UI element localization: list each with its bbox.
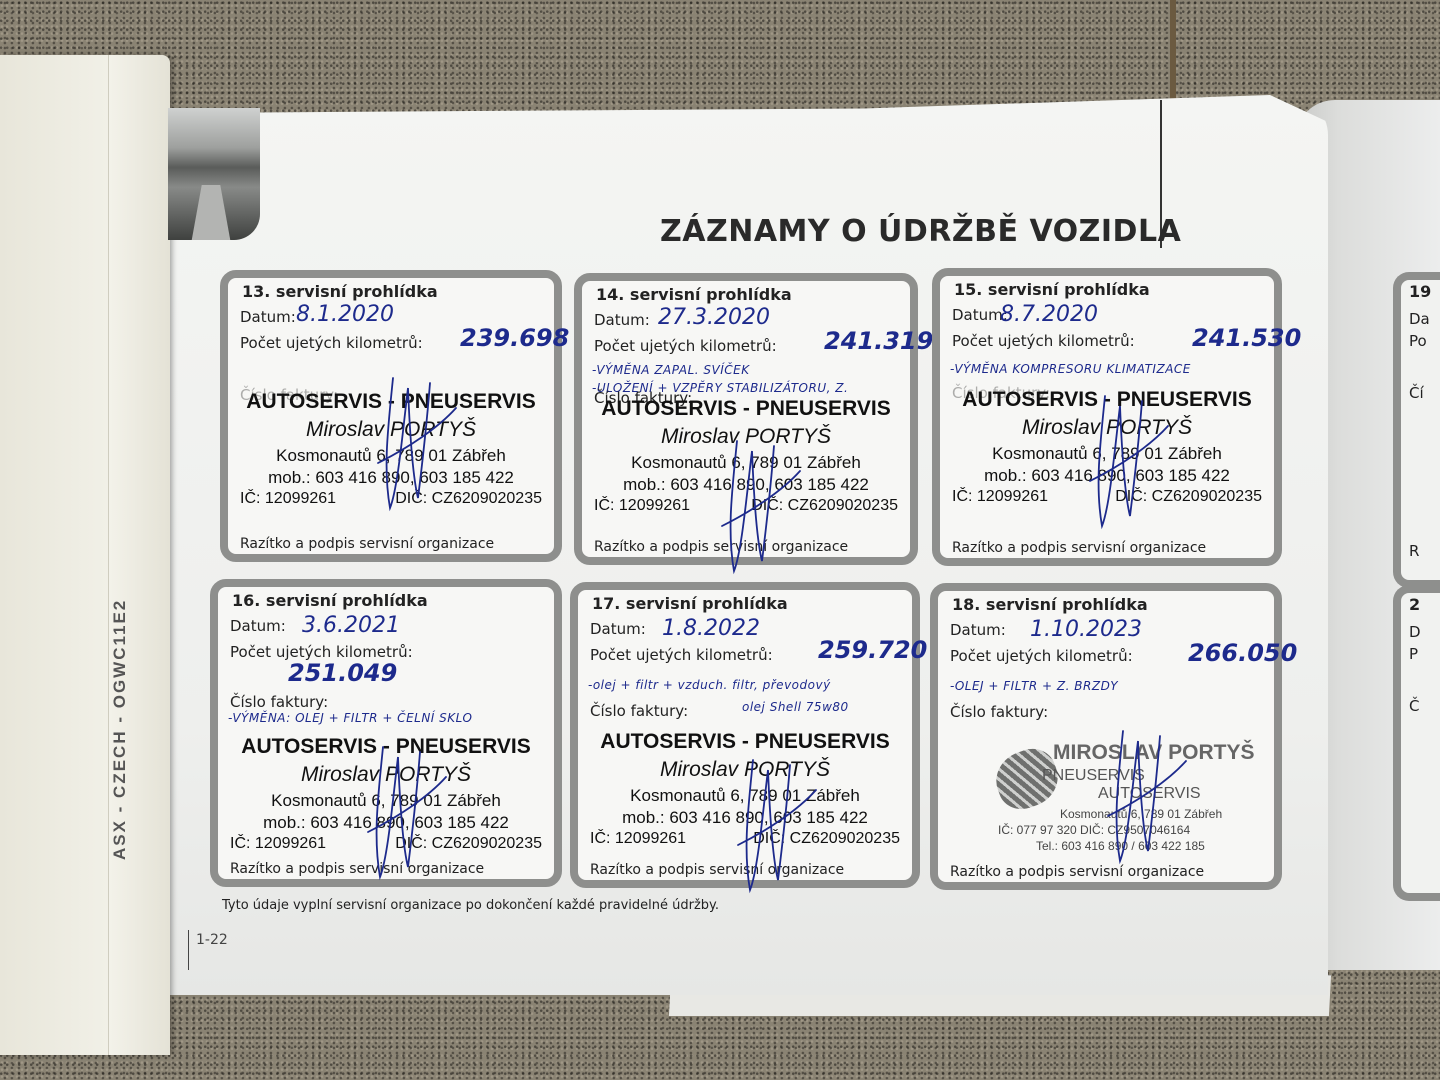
date-value: 8.1.2020: [296, 302, 394, 327]
service-note: -VÝMĚNA: OLEJ + FILTR + ČELNÍ SKLO: [228, 711, 472, 725]
footer-label: Razítko a podpis servisní organizace: [950, 864, 1204, 880]
km-value: 241.319: [824, 327, 933, 355]
record-title: 2: [1409, 595, 1420, 614]
date-value: 1.8.2022: [662, 616, 760, 641]
floor-tile-seam: [1170, 0, 1176, 110]
date-label: Datum:: [240, 308, 296, 326]
service-record-15: 15. servisní prohlídka Datum: Počet ujet…: [932, 268, 1282, 566]
footer-label: Razítko a podpis servisní organizace: [590, 862, 844, 878]
stamp-owner: Miroslav PORTYŠ: [940, 416, 1274, 440]
stamp-dic: DIČ: CZ6209020235: [751, 497, 898, 515]
service-note: -VÝMĚNA KOMPRESORU KLIMATIZACE: [950, 362, 1191, 376]
record-title: 18. servisní prohlídka: [952, 595, 1148, 614]
stamp-phone: mob.: 603 416 890, 603 185 422: [582, 475, 910, 495]
spine-label: ASX - CZECH - OGWC11E2: [110, 599, 130, 860]
stamp-phone: mob.: 603 416 890, 603 185 422: [218, 813, 554, 833]
footer-label: Razítko a podpis servisní organizace: [952, 540, 1206, 556]
km-value: 251.049: [288, 659, 397, 687]
footer-label: R: [1409, 542, 1419, 560]
km-label: Počet ujetých kilometrů:: [590, 646, 773, 664]
footer-label: Razítko a podpis servisní organizace: [230, 861, 484, 877]
record-20-partial: 2 D P Č: [1393, 585, 1440, 901]
footer-label: Razítko a podpis servisní organizace: [240, 536, 494, 552]
stamp-company: AUTOSERVIS - PNEUSERVIS: [578, 730, 912, 754]
date-value: 3.6.2021: [302, 613, 400, 638]
km-label: Po: [1409, 332, 1427, 350]
stamp-dic: DIČ: CZ6209020235: [395, 490, 542, 508]
km-label: Počet ujetých kilometrů:: [594, 337, 777, 355]
record-title: 15. servisní prohlídka: [954, 280, 1150, 299]
page-number-rule: [188, 930, 189, 970]
invoice-label: Čí: [1409, 384, 1424, 402]
service-stamp: AUTOSERVIS - PNEUSERVIS Miroslav PORTYŠ …: [218, 735, 554, 853]
stamp-owner: Miroslav PORTYŠ: [228, 418, 554, 442]
service-note: -olej + filtr + vzduch. filtr, převodový: [588, 678, 831, 692]
record-title: 16. servisní prohlídka: [232, 591, 428, 610]
stamp-dic: DIČ: CZ6209020235: [753, 830, 900, 848]
date-label: Datum:: [594, 311, 650, 329]
road-photo: [168, 108, 260, 240]
record-title: 19: [1409, 282, 1431, 301]
date-value: 8.7.2020: [1000, 302, 1098, 327]
stamp-company: AUTOSERVIS - PNEUSERVIS: [940, 388, 1274, 412]
stamp-company: AUTOSERVIS - PNEUSERVIS: [228, 390, 554, 414]
record-19-partial: 19 Da Po Čí R: [1393, 272, 1440, 588]
invoice-label: Číslo faktury:: [230, 693, 328, 711]
service-note: -OLEJ + FILTR + Z. BRZDY: [950, 679, 1118, 693]
km-value: 266.050: [1188, 639, 1297, 667]
stamp-ic: IČ: 12099261: [230, 835, 326, 853]
date-label: Datum:: [230, 617, 286, 635]
footnote: Tyto údaje vyplní servisní organizace po…: [222, 898, 719, 913]
stamp-owner: Miroslav PORTYŠ: [582, 425, 910, 449]
stamp-ic: IČ: 12099261: [240, 490, 336, 508]
service-stamp: AUTOSERVIS - PNEUSERVIS Miroslav PORTYŠ …: [578, 730, 912, 848]
stamp-ic: IČ: 12099261: [952, 488, 1048, 506]
service-record-13: 13. servisní prohlídka Datum: Počet ujet…: [220, 270, 562, 562]
stamp-phone: mob.: 603 416 890, 603 185 422: [578, 808, 912, 828]
stamp-address: Kosmonautů 6, 789 01 Zábřeh: [1060, 807, 1222, 821]
date-value: 1.10.2023: [1030, 617, 1142, 642]
km-label: Počet ujetých kilometrů:: [952, 332, 1135, 350]
km-label: Počet ujetých kilometrů:: [240, 334, 423, 352]
service-note: olej Shell 75w80: [742, 700, 849, 714]
date-label: D: [1409, 623, 1421, 641]
stamp-ids: IČ: 077 97 320 DIČ: CZ9507046164: [998, 823, 1190, 837]
service-stamp: AUTOSERVIS - PNEUSERVIS Miroslav PORTYŠ …: [940, 388, 1274, 506]
service-record-17: 17. servisní prohlídka Datum: Počet ujet…: [570, 582, 920, 888]
stamp-sub: PNEUSERVIS: [1042, 767, 1145, 785]
page-number: 1-22: [196, 932, 228, 948]
stamp-company: AUTOSERVIS - PNEUSERVIS: [582, 397, 910, 421]
record-title: 13. servisní prohlídka: [242, 282, 438, 301]
km-label: P: [1409, 645, 1418, 663]
service-stamp: AUTOSERVIS - PNEUSERVIS Miroslav PORTYŠ …: [228, 390, 554, 508]
service-stamp: AUTOSERVIS - PNEUSERVIS Miroslav PORTYŠ …: [582, 397, 910, 515]
book-cover: [0, 55, 109, 1055]
km-value: 259.720: [818, 636, 927, 664]
km-value: 241.530: [1192, 324, 1301, 352]
stamp-address: Kosmonautů 6, 789 01 Zábřeh: [582, 453, 910, 473]
stamp-owner: Miroslav PORTYŠ: [218, 763, 554, 787]
service-record-14: 14. servisní prohlídka Datum: Počet ujet…: [574, 273, 918, 565]
record-title: 17. servisní prohlídka: [592, 594, 788, 613]
stamp-dic: DIČ: CZ6209020235: [1115, 488, 1262, 506]
stamp-phone: mob.: 603 416 890, 603 185 422: [940, 466, 1274, 486]
stamp-owner: Miroslav PORTYŠ: [578, 758, 912, 782]
stamp-address: Kosmonautů 6, 789 01 Zábřeh: [940, 444, 1274, 464]
service-stamp-new: MIROSLAV PORTYŠ PNEUSERVIS AUTOSERVIS Ko…: [998, 741, 1268, 861]
record-title: 14. servisní prohlídka: [596, 285, 792, 304]
invoice-label: Číslo faktury:: [950, 703, 1048, 721]
stamp-phone: Tel.: 603 416 890 / 603 422 185: [1036, 839, 1205, 853]
stamp-phone: mob.: 603 416 890, 603 185 422: [228, 468, 554, 488]
footer-label: Razítko a podpis servisní organizace: [594, 539, 848, 555]
service-note: -VÝMĚNA ZAPAL. SVÍČEK: [592, 363, 750, 377]
service-record-18: 18. servisní prohlídka Datum: Počet ujet…: [930, 583, 1282, 890]
stamp-ic: IČ: 12099261: [590, 830, 686, 848]
page-title: ZÁZNAMY O ÚDRŽBĚ VOZIDLA: [660, 214, 1181, 249]
service-record-16: 16. servisní prohlídka Datum: Počet ujet…: [210, 579, 562, 887]
stamp-dic: DIČ: CZ6209020235: [395, 835, 542, 853]
date-value: 27.3.2020: [658, 305, 770, 330]
stamp-company: AUTOSERVIS - PNEUSERVIS: [218, 735, 554, 759]
km-label: Počet ujetých kilometrů:: [950, 647, 1133, 665]
date-label: Datum:: [950, 621, 1006, 639]
invoice-label: Č: [1409, 697, 1419, 715]
stamp-ic: IČ: 12099261: [594, 497, 690, 515]
stamp-address: Kosmonautů 6, 789 01 Zábřeh: [218, 791, 554, 811]
stamp-address: Kosmonautů 6, 789 01 Zábřeh: [578, 786, 912, 806]
date-label: Da: [1409, 310, 1430, 328]
km-value: 239.698: [460, 324, 569, 352]
date-label: Datum:: [590, 620, 646, 638]
stamp-address: Kosmonautů 6, 789 01 Zábřeh: [228, 446, 554, 466]
stamp-sub: AUTOSERVIS: [1098, 785, 1201, 803]
invoice-label: Číslo faktury:: [590, 702, 688, 720]
stamp-brand: MIROSLAV PORTYŠ: [1053, 741, 1254, 765]
